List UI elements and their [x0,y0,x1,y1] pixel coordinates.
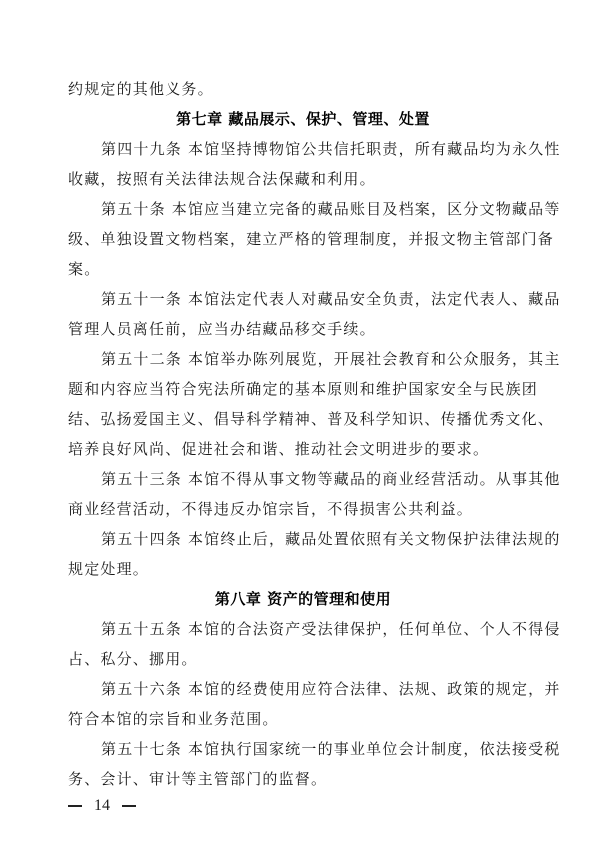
chapter-heading-7: 第七章 藏品展示、保护、管理、处置 [68,104,538,134]
article-57-line-2: 务、会计、审计等主管部门的监督。 [68,764,538,794]
article-55-line-1: 第五十五条 本馆的合法资产受法律保护，任何单位、个人不得侵 [68,614,538,644]
article-56-line-1: 第五十六条 本馆的经费使用应符合法律、法规、政策的规定，并 [68,674,538,704]
right-dash [122,805,136,807]
article-50-line-3: 案。 [68,254,538,284]
document-page: 约规定的其他义务。 第七章 藏品展示、保护、管理、处置 第四十九条 本馆坚持博物… [68,74,538,794]
article-57-line-1: 第五十七条 本馆执行国家统一的事业单位会计制度，依法接受税 [68,734,538,764]
page-number: 14 [94,797,110,815]
text-line: 约规定的其他义务。 [68,74,538,104]
article-54-line-1: 第五十四条 本馆终止后，藏品处置依照有关文物保护法律法规的 [68,524,538,554]
article-53-line-1: 第五十三条 本馆不得从事文物等藏品的商业经营活动。从事其他 [68,464,538,494]
article-52-line-4: 培养良好风尚、促进社会和谐、推动社会文明进步的要求。 [68,434,538,464]
article-52-line-3: 结、弘扬爱国主义、倡导科学精神、普及科学知识、传播优秀文化、 [68,404,538,434]
article-50-line-1: 第五十条 本馆应当建立完备的藏品账目及档案，区分文物藏品等 [68,194,538,224]
article-50-line-2: 级、单独设置文物档案，建立严格的管理制度，并报文物主管部门备 [68,224,538,254]
article-49-line-1: 第四十九条 本馆坚持博物馆公共信托职责，所有藏品均为永久性 [68,134,538,164]
article-49-line-2: 收藏，按照有关法律法规合法保藏和利用。 [68,164,538,194]
article-52-line-2: 题和内容应当符合宪法所确定的基本原则和维护国家安全与民族团 [68,374,538,404]
article-55-line-2: 占、私分、挪用。 [68,644,538,674]
page-footer: 14 [68,797,136,815]
article-54-line-2: 规定处理。 [68,554,538,584]
article-51-line-2: 管理人员离任前，应当办结藏品移交手续。 [68,314,538,344]
left-dash [68,805,82,807]
article-53-line-2: 商业经营活动，不得违反办馆宗旨，不得损害公共利益。 [68,494,538,524]
chapter-heading-8: 第八章 资产的管理和使用 [68,584,538,614]
article-52-line-1: 第五十二条 本馆举办陈列展览，开展社会教育和公众服务，其主 [68,344,538,374]
article-56-line-2: 符合本馆的宗旨和业务范围。 [68,704,538,734]
article-51-line-1: 第五十一条 本馆法定代表人对藏品安全负责，法定代表人、藏品 [68,284,538,314]
